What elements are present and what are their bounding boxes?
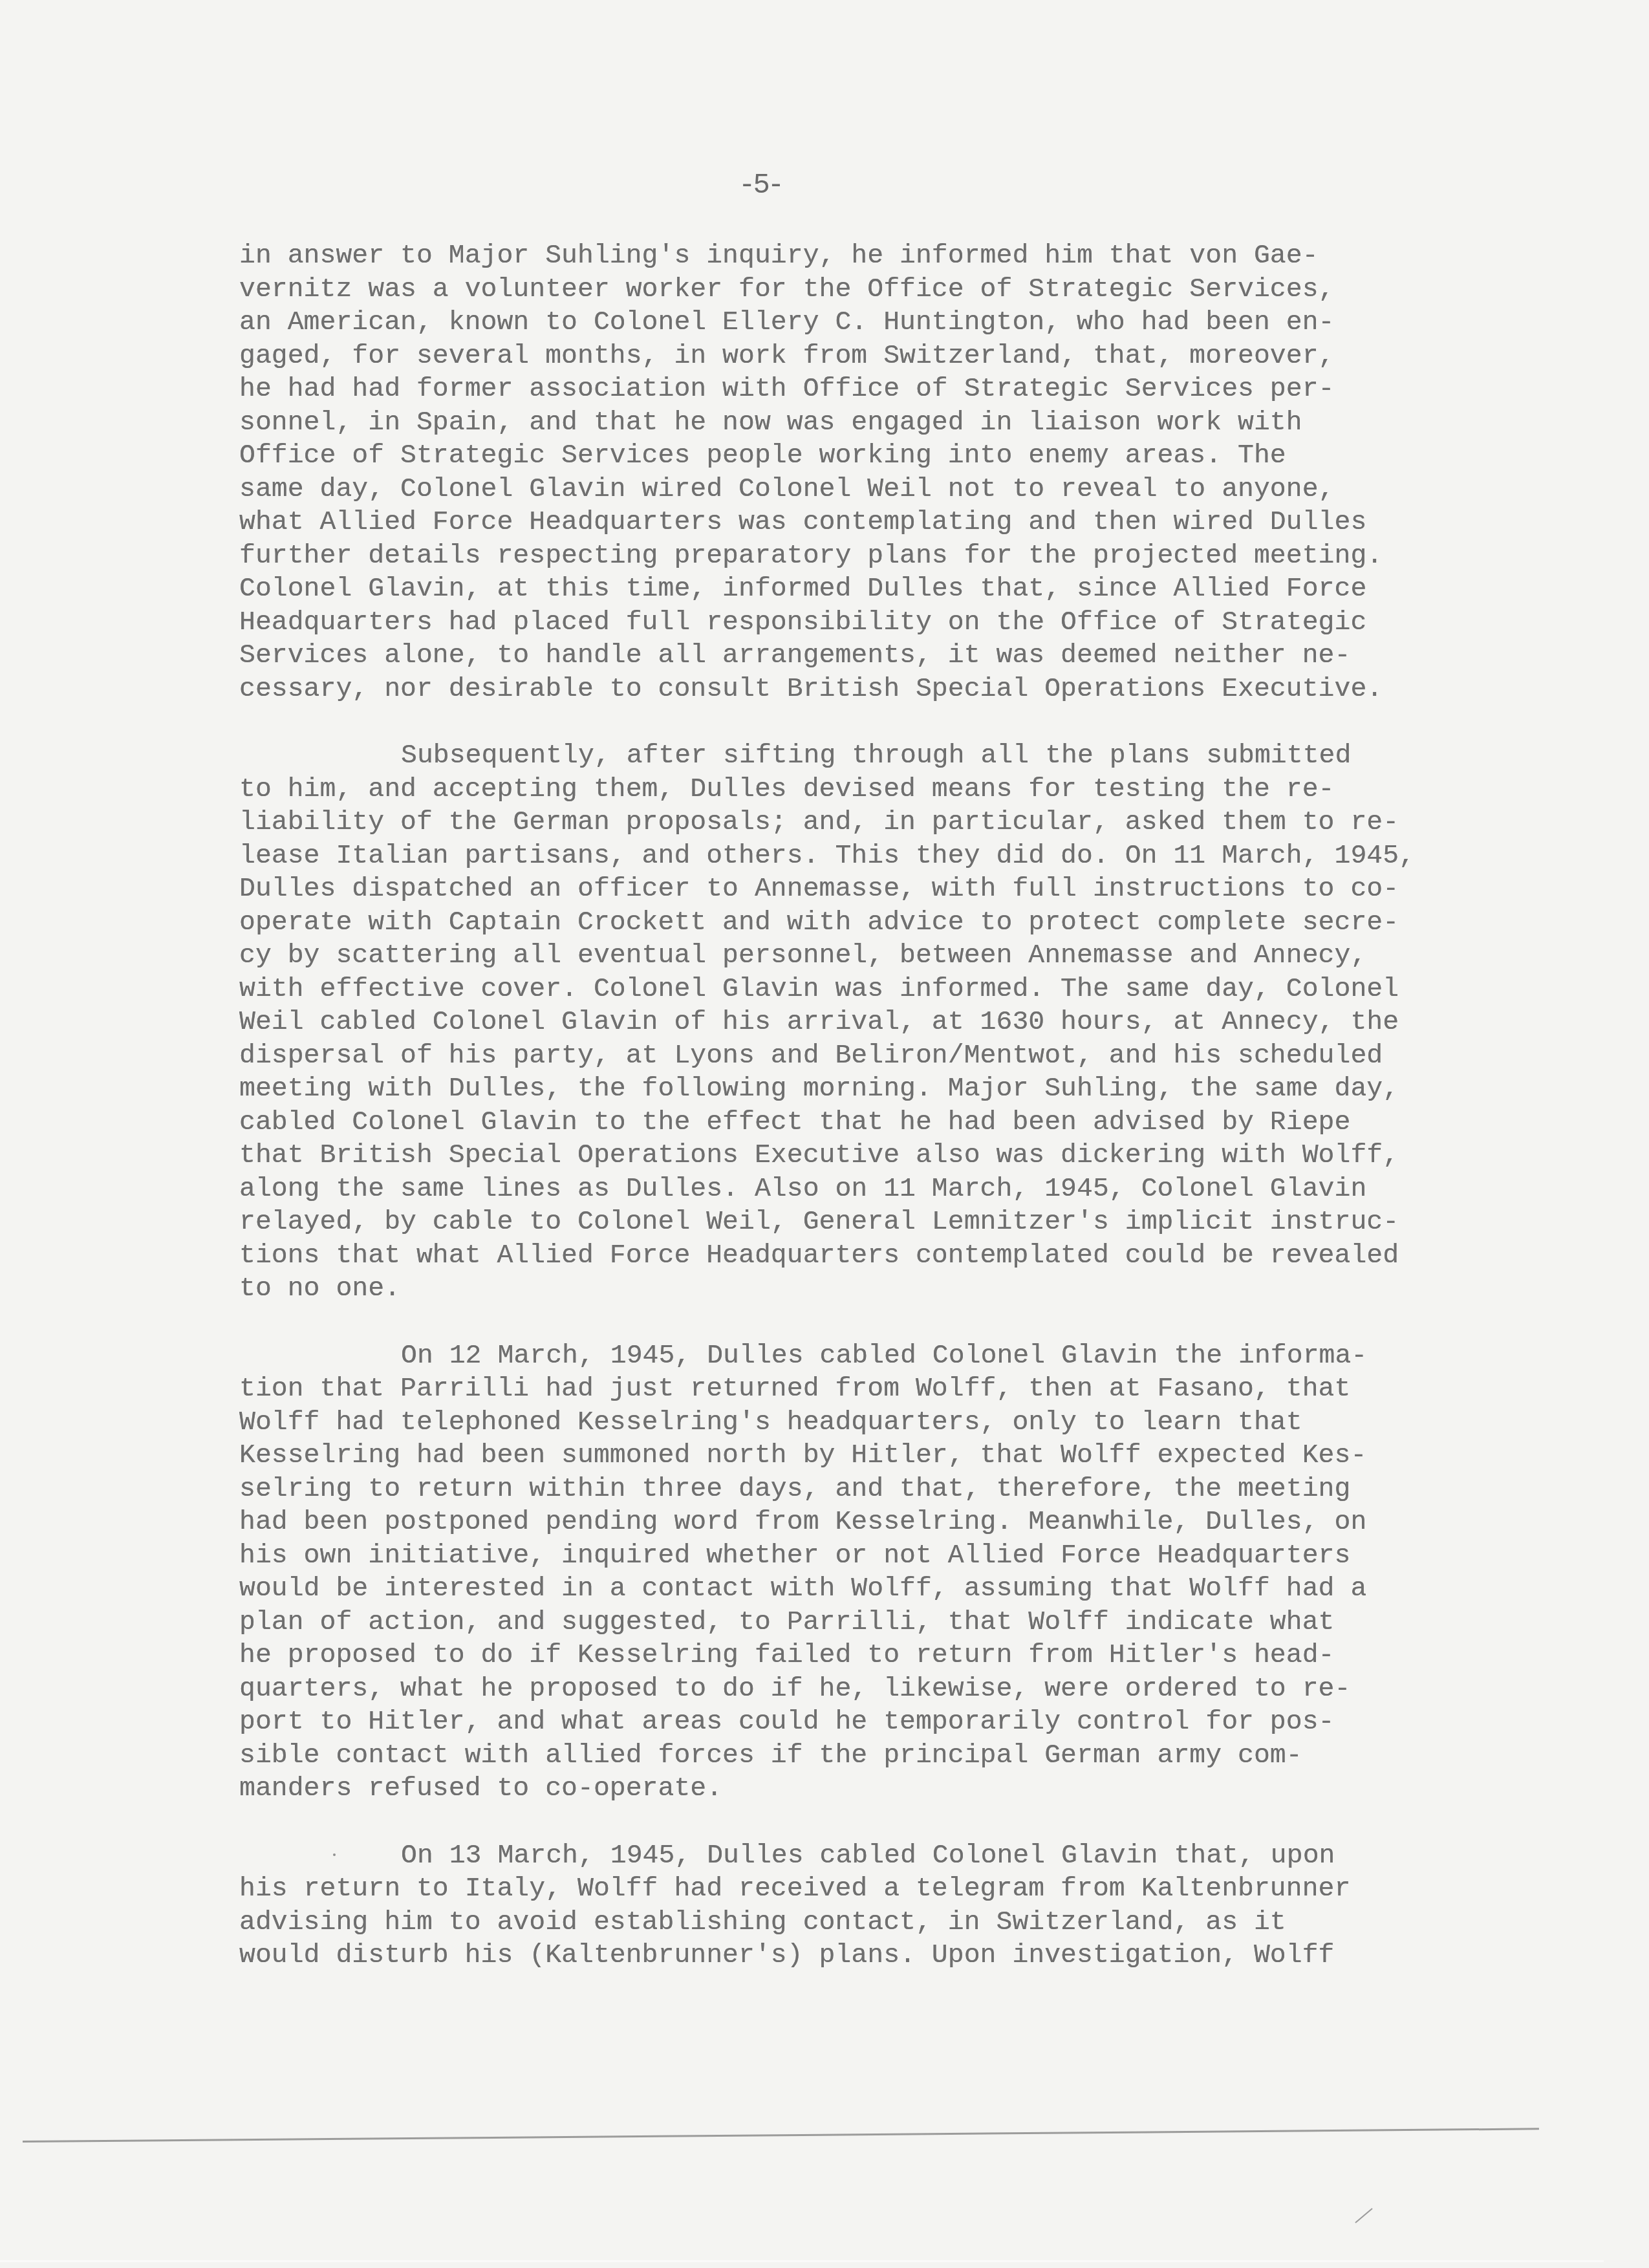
text-line: to him, and accepting them, Dulles devis… [239, 773, 1468, 806]
text-line: plan of action, and suggested, to Parril… [239, 1606, 1468, 1639]
text-line: On 13 March, 1945, Dulles cabled Colonel… [239, 1839, 1468, 1873]
text-line: would be interested in a contact with Wo… [239, 1572, 1468, 1606]
text-line: along the same lines as Dulles. Also on … [239, 1172, 1468, 1206]
text-line: tion that Parrilli had just returned fro… [239, 1372, 1468, 1406]
text-line: his own initiative, inquired whether or … [239, 1539, 1468, 1573]
text-line: in answer to Major Suhling's inquiry, he… [239, 239, 1468, 273]
text-line: sonnel, in Spain, and that he now was en… [239, 406, 1468, 440]
text-line: what Allied Force Headquarters was conte… [239, 506, 1468, 539]
text-line: relayed, by cable to Colonel Weil, Gener… [239, 1205, 1468, 1239]
text-line: cessary, nor desirable to consult Britis… [239, 673, 1468, 706]
text-line: dispersal of his party, at Lyons and Bel… [239, 1039, 1468, 1073]
text-line: Office of Strategic Services people work… [239, 439, 1468, 473]
text-line: Headquarters had placed full responsibil… [239, 606, 1468, 640]
text-line: an American, known to Colonel Ellery C. … [239, 306, 1468, 340]
text-line: same day, Colonel Glavin wired Colonel W… [239, 473, 1468, 506]
text-line: vernitz was a volunteer worker for the O… [239, 273, 1468, 307]
horizontal-rule [23, 2128, 1539, 2143]
text-line: port to Hitler, and what areas could he … [239, 1705, 1468, 1739]
text-line: quarters, what he proposed to do if he, … [239, 1672, 1468, 1706]
text-line: Services alone, to handle all arrangemen… [239, 639, 1468, 673]
text-line: gaged, for several months, in work from … [239, 340, 1468, 373]
text-line: advising him to avoid establishing conta… [239, 1906, 1468, 1939]
text-line: he proposed to do if Kesselring failed t… [239, 1639, 1468, 1672]
text-line: operate with Captain Crockett and with a… [239, 906, 1468, 940]
paragraph-4: On 13 March, 1945, Dulles cabled Colonel… [239, 1839, 1468, 1972]
text-line: he had had former association with Offic… [239, 373, 1468, 406]
paragraph-1: in answer to Major Suhling's inquiry, he… [239, 239, 1468, 706]
text-line: tions that what Allied Force Headquarter… [239, 1239, 1468, 1273]
text-line: his return to Italy, Wolff had received … [239, 1872, 1468, 1906]
page-edge [0, 2260, 1604, 2262]
paragraph-2: Subsequently, after sifting through all … [239, 739, 1468, 1306]
text-line: Kesselring had been summoned north by Hi… [239, 1439, 1468, 1473]
text-line: Weil cabled Colonel Glavin of his arriva… [239, 1006, 1468, 1039]
dot-mark [333, 1853, 336, 1856]
paragraph-3: On 12 March, 1945, Dulles cabled Colonel… [239, 1339, 1468, 1806]
text-line: further details respecting preparatory p… [239, 539, 1468, 573]
text-line: Dulles dispatched an officer to Annemass… [239, 872, 1468, 906]
text-line: liability of the German proposals; and, … [239, 806, 1468, 839]
text-line: cy by scattering all eventual personnel,… [239, 939, 1468, 973]
document-body: in answer to Major Suhling's inquiry, he… [239, 239, 1468, 2006]
text-line: Wolff had telephoned Kesselring's headqu… [239, 1406, 1468, 1440]
text-line: sible contact with allied forces if the … [239, 1739, 1468, 1773]
text-line: lease Italian partisans, and others. Thi… [239, 839, 1468, 873]
text-line: would disturb his (Kaltenbrunner's) plan… [239, 1939, 1468, 1972]
text-line: cabled Colonel Glavin to the effect that… [239, 1106, 1468, 1139]
text-line: to no one. [239, 1272, 1468, 1306]
text-line: On 12 March, 1945, Dulles cabled Colonel… [239, 1339, 1468, 1373]
text-line: had been postponed pending word from Kes… [239, 1506, 1468, 1539]
text-line: selring to return within three days, and… [239, 1473, 1468, 1506]
text-line: manders refused to co-operate. [239, 1772, 1468, 1806]
text-line: Subsequently, after sifting through all … [239, 739, 1468, 773]
page-number: -5- [738, 169, 782, 202]
text-line: Colonel Glavin, at this time, informed D… [239, 572, 1468, 606]
text-line: that British Special Operations Executiv… [239, 1139, 1468, 1172]
text-line: meeting with Dulles, the following morni… [239, 1072, 1468, 1106]
text-line: with effective cover. Colonel Glavin was… [239, 973, 1468, 1006]
pencil-mark [1355, 2208, 1372, 2223]
